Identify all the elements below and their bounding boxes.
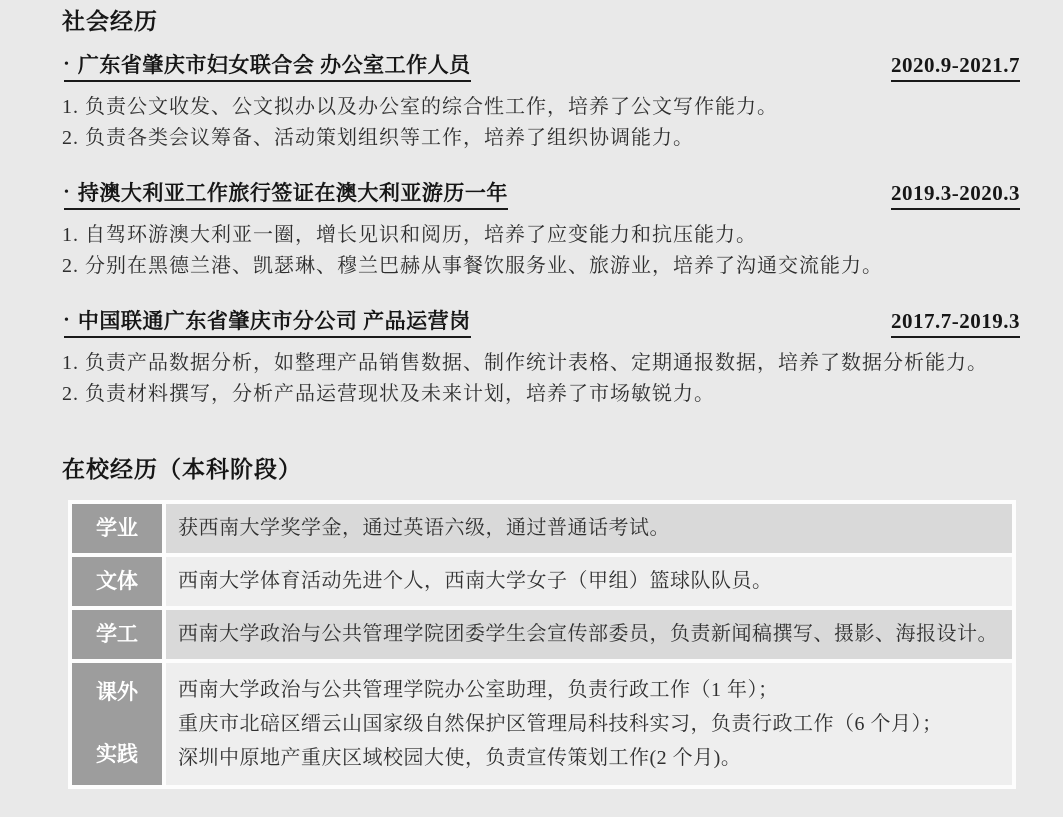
row-label-sports: 文体 [72, 557, 162, 606]
entry-3-detail-1: 1. 负责产品数据分析，如整理产品销售数据、制作统计表格、定期通报数据，培养了数… [62, 348, 1020, 379]
resume-page: 社会经历 • 广东省肇庆市妇女联合会 办公室工作人员 2020.9-2021.7… [0, 0, 1063, 817]
experience-entry-3: • 中国联通广东省肇庆市分公司 产品运营岗 2017.7-2019.3 1. 负… [62, 308, 1020, 410]
social-section-title: 社会经历 [62, 8, 1020, 34]
entry-3-title-wrap: • 中国联通广东省肇庆市分公司 产品运营岗 [64, 308, 471, 338]
row-content-text: 获西南大学奖学金，通过英语六级，通过普通话考试。 [178, 512, 1000, 545]
table-row-student-work: 学工 西南大学政治与公共管理学院团委学生会宣传部委员，负责新闻稿撰写、摄影、海报… [72, 610, 1012, 659]
row-label-academics: 学业 [72, 504, 162, 553]
row-label-text: 课外 [72, 680, 162, 706]
row-label-text: 学工 [72, 622, 162, 648]
entry-1-detail-2: 2. 负责各类会议筹备、活动策划组织等工作，培养了组织协调能力。 [62, 123, 1020, 154]
entry-2-title: 持澳大利亚工作旅行签证在澳大利亚游历一年 [78, 180, 508, 206]
row-content-sports: 西南大学体育活动先进个人，西南大学女子（甲组）篮球队队员。 [166, 557, 1012, 606]
row-content-text: 西南大学政治与公共管理学院团委学生会宣传部委员，负责新闻稿撰写、摄影、海报设计。 [178, 618, 1000, 651]
entry-1-header: • 广东省肇庆市妇女联合会 办公室工作人员 2020.9-2021.7 [62, 52, 1020, 82]
entry-2-date: 2019.3-2020.3 [891, 180, 1020, 210]
experience-entry-1: • 广东省肇庆市妇女联合会 办公室工作人员 2020.9-2021.7 1. 负… [62, 52, 1020, 154]
entry-3-title: 中国联通广东省肇庆市分公司 产品运营岗 [78, 308, 471, 334]
row-content-academics: 获西南大学奖学金，通过英语六级，通过普通话考试。 [166, 504, 1012, 553]
row-content-student-work: 西南大学政治与公共管理学院团委学生会宣传部委员，负责新闻稿撰写、摄影、海报设计。 [166, 610, 1012, 659]
table-row-academics: 学业 获西南大学奖学金，通过英语六级，通过普通话考试。 [72, 504, 1012, 553]
bullet-icon: • [64, 58, 69, 72]
bullet-icon: • [64, 186, 69, 200]
entry-3-date: 2017.7-2019.3 [891, 308, 1020, 338]
entry-1-date: 2020.9-2021.7 [891, 52, 1020, 82]
entry-2-header: • 持澳大利亚工作旅行签证在澳大利亚游历一年 2019.3-2020.3 [62, 180, 1020, 210]
entry-1-title: 广东省肇庆市妇女联合会 办公室工作人员 [78, 52, 471, 78]
table-row-extracurricular: 课外 实践 西南大学政治与公共管理学院办公室助理，负责行政工作（1 年）； 重庆… [72, 663, 1012, 785]
row-content-line-1: 西南大学政治与公共管理学院办公室助理，负责行政工作（1 年）； [178, 673, 1000, 707]
entry-2-title-wrap: • 持澳大利亚工作旅行签证在澳大利亚游历一年 [64, 180, 508, 210]
row-content-extracurricular: 西南大学政治与公共管理学院办公室助理，负责行政工作（1 年）； 重庆市北碚区缙云… [166, 663, 1012, 785]
bullet-icon: • [64, 314, 69, 328]
entry-1-detail-1: 1. 负责公文收发、公文拟办以及办公室的综合性工作，培养了公文写作能力。 [62, 92, 1020, 123]
entry-1-title-wrap: • 广东省肇庆市妇女联合会 办公室工作人员 [64, 52, 471, 82]
entry-3-header: • 中国联通广东省肇庆市分公司 产品运营岗 2017.7-2019.3 [62, 308, 1020, 338]
row-content-text: 西南大学体育活动先进个人，西南大学女子（甲组）篮球队队员。 [178, 565, 1000, 598]
row-label-extracurricular: 课外 实践 [72, 663, 162, 785]
row-content-line-3: 深圳中原地产重庆区域校园大使，负责宣传策划工作(2 个月)。 [178, 741, 1000, 775]
row-label-text: 学业 [72, 516, 162, 542]
entry-2-detail-2: 2. 分别在黑德兰港、凯瑟琳、穆兰巴赫从事餐饮服务业、旅游业，培养了沟通交流能力… [62, 251, 1020, 282]
section-campus-experience: 在校经历（本科阶段） 学业 获西南大学奖学金，通过英语六级，通过普通话考试。 文… [62, 456, 1020, 789]
entry-3-detail-2: 2. 负责材料撰写，分析产品运营现状及未来计划，培养了市场敏锐力。 [62, 379, 1020, 410]
table-row-sports: 文体 西南大学体育活动先进个人，西南大学女子（甲组）篮球队队员。 [72, 557, 1012, 606]
row-label-text: 实践 [72, 742, 162, 768]
row-label-student-work: 学工 [72, 610, 162, 659]
experience-entry-2: • 持澳大利亚工作旅行签证在澳大利亚游历一年 2019.3-2020.3 1. … [62, 180, 1020, 282]
campus-experience-table: 学业 获西南大学奖学金，通过英语六级，通过普通话考试。 文体 西南大学体育活动先… [68, 500, 1016, 789]
row-label-text: 文体 [72, 569, 162, 595]
entry-2-detail-1: 1. 自驾环游澳大利亚一圈，增长见识和阅历，培养了应变能力和抗压能力。 [62, 220, 1020, 251]
campus-section-title: 在校经历（本科阶段） [62, 456, 1020, 482]
row-content-line-2: 重庆市北碚区缙云山国家级自然保护区管理局科技科实习，负责行政工作（6 个月）； [178, 707, 1000, 741]
section-social-experience: 社会经历 • 广东省肇庆市妇女联合会 办公室工作人员 2020.9-2021.7… [62, 8, 1020, 410]
